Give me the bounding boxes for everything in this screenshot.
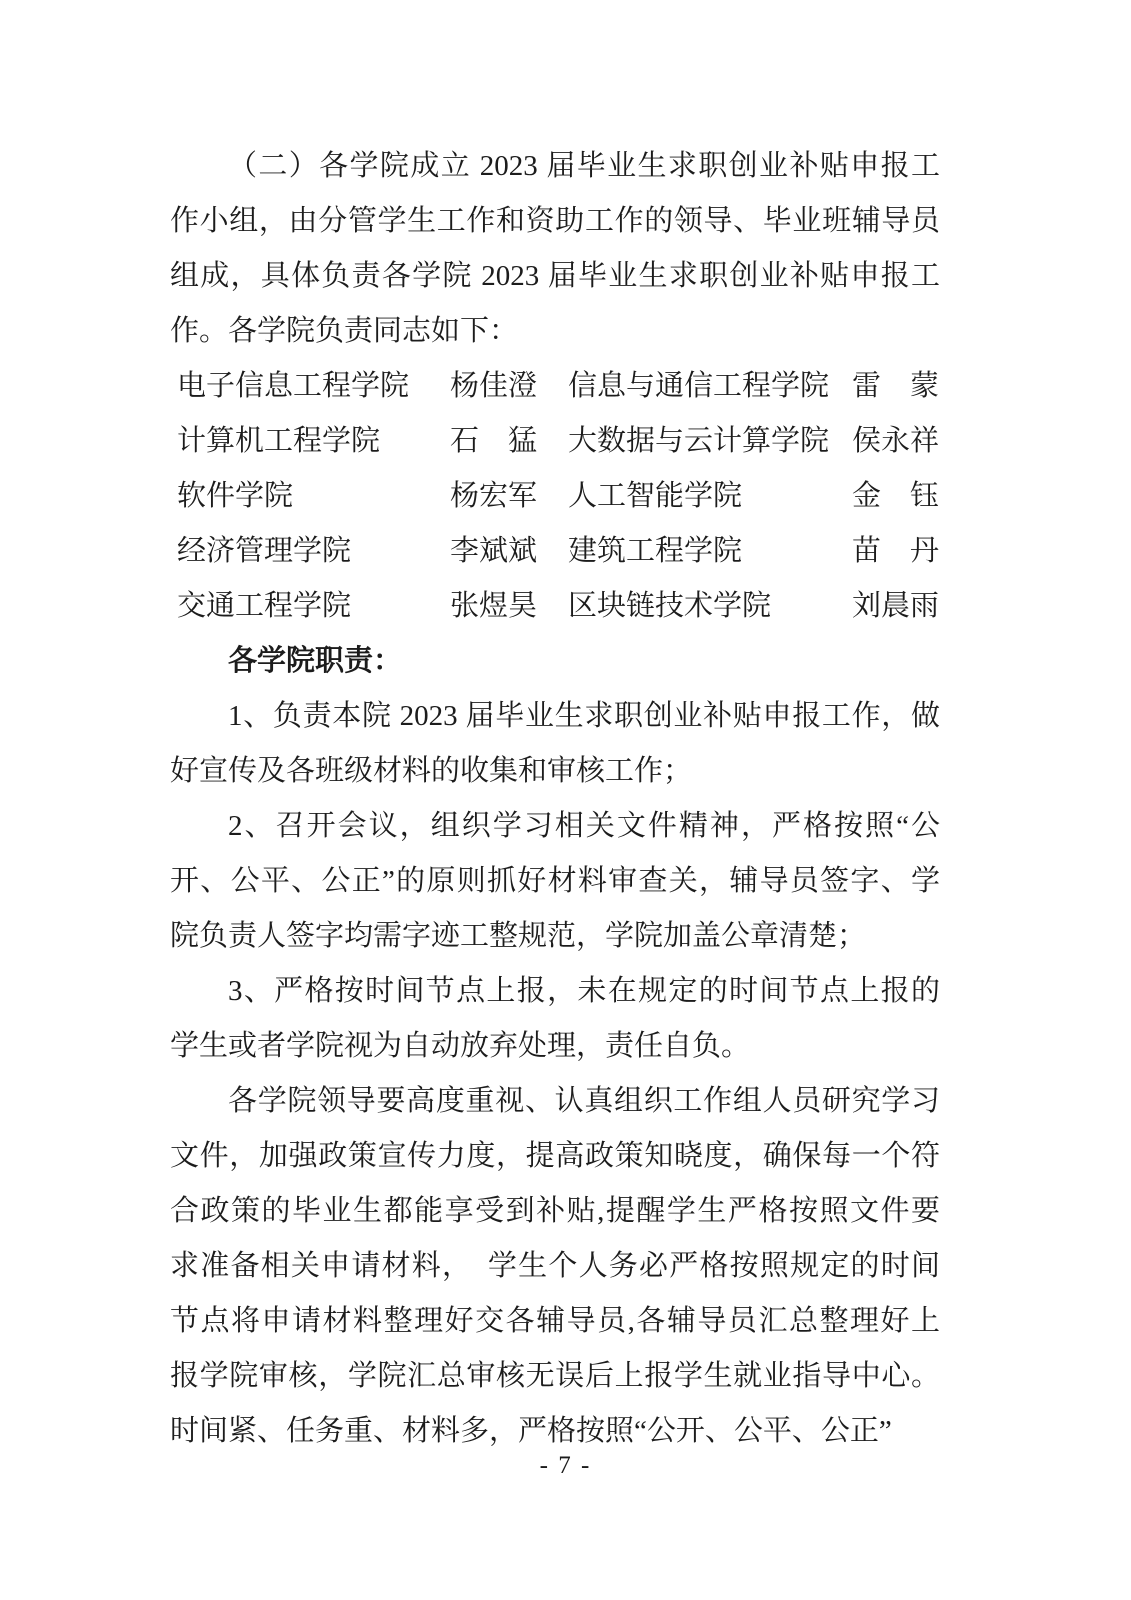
- person-name: 苗 丹: [835, 524, 940, 579]
- person-name: 侯永祥: [835, 414, 940, 469]
- text-line: 报学院审核，学院汇总审核无误后上报学生就业指导中心。: [170, 1349, 940, 1404]
- text-line: 1、负责本院 2023 届毕业生求职创业补贴申报工作，做: [170, 689, 940, 744]
- college-name: 建筑工程学院: [555, 524, 835, 579]
- text-line: 组成，具体负责各学院 2023 届毕业生求职创业补贴申报工: [170, 249, 940, 304]
- page-number: - 7 -: [0, 1452, 1131, 1480]
- college-name: 电子信息工程学院: [170, 359, 432, 414]
- college-name: 人工智能学院: [555, 469, 835, 524]
- college-name: 经济管理学院: [170, 524, 432, 579]
- text-line: 作小组，由分管学生工作和资助工作的领导、毕业班辅导员: [170, 194, 940, 249]
- text-line: 时间紧、任务重、材料多，严格按照“公开、公平、公正”: [170, 1404, 940, 1459]
- document-page: （二）各学院成立 2023 届毕业生求职创业补贴申报工作小组，由分管学生工作和资…: [0, 0, 1131, 1600]
- person-name: 张煜昊: [432, 579, 555, 634]
- college-row: 计算机工程学院石 猛大数据与云计算学院侯永祥: [170, 414, 940, 469]
- college-row: 交通工程学院张煜昊区块链技术学院刘晨雨: [170, 579, 940, 634]
- paragraph-duty-2: 2、召开会议，组织学习相关文件精神，严格按照“公开、公平、公正”的原则抓好材料审…: [170, 799, 940, 964]
- paragraph-closing: 各学院领导要高度重视、认真组织工作组人员研究学习文件，加强政策宣传力度，提高政策…: [170, 1074, 940, 1459]
- paragraph-intro: （二）各学院成立 2023 届毕业生求职创业补贴申报工作小组，由分管学生工作和资…: [170, 139, 940, 359]
- text-line: 2、召开会议，组织学习相关文件精神，严格按照“公: [170, 799, 940, 854]
- text-line: 各学院领导要高度重视、认真组织工作组人员研究学习: [170, 1074, 940, 1129]
- college-row: 软件学院杨宏军人工智能学院金 钰: [170, 469, 940, 524]
- college-name: 计算机工程学院: [170, 414, 432, 469]
- person-name: 石 猛: [432, 414, 555, 469]
- college-name: 软件学院: [170, 469, 432, 524]
- text-line: 节点将申请材料整理好交各辅导员,各辅导员汇总整理好上: [170, 1294, 940, 1349]
- text-line: 合政策的毕业生都能享受到补贴,提醒学生严格按照文件要: [170, 1184, 940, 1239]
- text-line: （二）各学院成立 2023 届毕业生求职创业补贴申报工: [170, 139, 940, 194]
- person-name: 李斌斌: [432, 524, 555, 579]
- college-row: 经济管理学院李斌斌建筑工程学院苗 丹: [170, 524, 940, 579]
- text-line: 好宣传及各班级材料的收集和审核工作；: [170, 744, 940, 799]
- college-name: 信息与通信工程学院: [555, 359, 835, 414]
- college-name: 交通工程学院: [170, 579, 432, 634]
- person-name: 雷 蒙: [835, 359, 940, 414]
- college-contacts-table: 电子信息工程学院杨佳澄信息与通信工程学院雷 蒙计算机工程学院石 猛大数据与云计算…: [170, 359, 940, 634]
- text-line: 3、严格按时间节点上报，未在规定的时间节点上报的: [170, 964, 940, 1019]
- text-line: 求准备相关申请材料， 学生个人务必严格按照规定的时间: [170, 1239, 940, 1294]
- text-line: 作。各学院负责同志如下：: [170, 304, 940, 359]
- paragraph-duty-3: 3、严格按时间节点上报，未在规定的时间节点上报的学生或者学院视为自动放弃处理，责…: [170, 964, 940, 1074]
- person-name: 刘晨雨: [835, 579, 940, 634]
- document-body: （二）各学院成立 2023 届毕业生求职创业补贴申报工作小组，由分管学生工作和资…: [170, 139, 940, 1459]
- text-line: 学生或者学院视为自动放弃处理，责任自负。: [170, 1019, 940, 1074]
- text-line: 各学院职责：: [170, 634, 940, 689]
- college-name: 大数据与云计算学院: [555, 414, 835, 469]
- person-name: 金 钰: [835, 469, 940, 524]
- college-name: 区块链技术学院: [555, 579, 835, 634]
- text-line: 院负责人签字均需字迹工整规范，学院加盖公章清楚；: [170, 909, 940, 964]
- person-name: 杨宏军: [432, 469, 555, 524]
- person-name: 杨佳澄: [432, 359, 555, 414]
- paragraph-duty-1: 1、负责本院 2023 届毕业生求职创业补贴申报工作，做好宣传及各班级材料的收集…: [170, 689, 940, 799]
- duties-heading: 各学院职责：: [170, 634, 940, 689]
- college-row: 电子信息工程学院杨佳澄信息与通信工程学院雷 蒙: [170, 359, 940, 414]
- text-line: 开、公平、公正”的原则抓好材料审查关，辅导员签字、学: [170, 854, 940, 909]
- text-line: 文件，加强政策宣传力度，提高政策知晓度，确保每一个符: [170, 1129, 940, 1184]
